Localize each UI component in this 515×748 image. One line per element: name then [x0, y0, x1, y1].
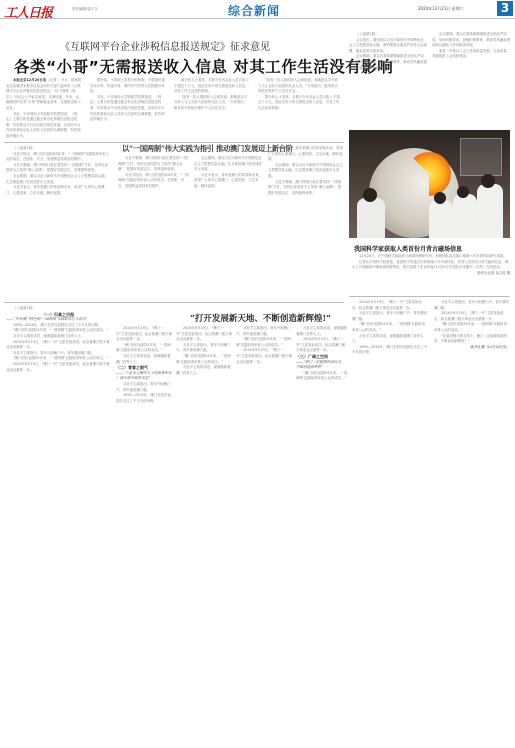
quote-column-4: 习近平主席指出，青年兴则澳门兴，青年强则澳门强。 “澳门回归祖国25年来，‘一国… — [236, 326, 292, 746]
section-1-subtitle: ——“具有澳门特色的‘一国两制’实践取得巨大成功” — [6, 317, 110, 323]
lead-headline: 各类“小哥”无需报送收入信息 对其工作生活没有影响 — [14, 55, 393, 77]
scientist-head — [434, 192, 446, 204]
quote-column-6: 2024年9月19日，“澳门一号”卫星发射成功，标志着澳门航天事业迈出重要一步。… — [352, 300, 428, 746]
section-3-subtitle: ——“澳门一定能够再展风采，不断创造新辉煌” — [296, 360, 348, 371]
photo-credit: 新华社记者 金立旺 摄 — [352, 271, 510, 277]
section-2-subtitle: ——“立足本土胸怀天下的新青年在广阔天地中绽放光彩” — [116, 371, 172, 382]
right-column-2: 会议强调，要以自我革命精神推进全面从严治党，坚持问题导向，加强纪律教育，推动党风… — [432, 32, 510, 128]
photo-caption-body: 12月20日，在中国科学院地质与地球物理研究所，科研团队成员展示嫦娥六号月背样品… — [352, 254, 510, 276]
lead-column-3: 据分析人士看来，多数平台内从业人员月收入不超过十万元，因此各类小哥无需报送收入信… — [174, 78, 250, 140]
lead-column-4: “但有一类人群的收入会被知道，那就是以平台收入为主且收入较高的从业人员。”专家指… — [258, 78, 340, 140]
quote-column-1: （上接第1版） （一）归真之历程 ——“具有澳门特色的‘一国两制’实践取得巨大成… — [6, 306, 110, 746]
issue-date: 2024年12月21日 星期六 — [418, 6, 464, 12]
photo-caption-title: 我国科学家获取人类首份月背古磁场信息 — [354, 244, 462, 253]
dateline: 本报北京12月20日电 — [13, 78, 46, 82]
newspaper-logo: 工人日报 — [4, 2, 52, 21]
lunar-core-photo — [349, 130, 510, 238]
divider — [4, 302, 344, 303]
quote-column-5: 习近平主席的话语，深深激励着澳门各界人士。 2024年9月19日，“澳门一号”卫… — [296, 326, 348, 746]
divider — [4, 142, 344, 143]
scientist-figure — [477, 184, 503, 238]
scientist-figure — [357, 198, 385, 238]
macau-column-4: 习近平表示，青年是澳门的希望和未来，希望广大青年心系澳门、心系国家，立足本地、胸… — [268, 146, 344, 298]
quote-column-7: 习近平主席指出，青年兴则澳门兴，青年强则澳门强。 2024年9月19日，“澳门一… — [434, 300, 510, 746]
scientist-head — [363, 188, 377, 202]
lead-column-1: 本报北京12月20日电（记者 ）今日，国家税务总局就国家税务总局会同有关部门起草… — [6, 78, 82, 140]
editor-line: 责任编辑:周子文 — [72, 7, 98, 12]
divider — [349, 296, 510, 297]
quote-column-2: 2024年9月19日，“澳门一号”卫星发射成功，标志着澳门航天事业迈出重要一步。… — [116, 326, 172, 746]
masthead: 工人日报 责任编辑:周子文 综合新闻 2024年12月21日 星期六 3 — [0, 0, 515, 19]
scientist-figure — [429, 200, 453, 238]
quote-column-3: 2024年9月19日，“澳门一号”卫星发射成功，标志着澳门航天事业迈出重要一步。… — [176, 326, 232, 746]
right-column-1: （上接第1版） 会议指出，要坚持以习近平新时代中国特色社会主义思想武装头脑，深刻… — [349, 32, 427, 128]
macau-column-2: 习近平强调，澳门特别行政区要坚持“一国两制”方针，坚持以爱国者为主体的“澳人治澳… — [118, 156, 190, 298]
lead-column-2: 据介绍，不同收入类型分别管理，不增加快递外卖小哥、快递小哥、网约车司机等人员的额… — [90, 78, 166, 140]
end-credit: （新华社澳门12月20日电） — [434, 345, 510, 351]
quote-headline: “打开发展新天地、不断创造新辉煌!” — [190, 312, 331, 324]
section-title: 综合新闻 — [228, 2, 280, 19]
lead-kicker: 《互联网平台企业涉税信息报送规定》征求意见 — [60, 38, 270, 53]
macau-column-1: （上接第1版） 习近平指出，澳门回归祖国25年来，“一国两制”实践取得举世公认的… — [6, 146, 110, 298]
scientist-figure — [453, 194, 477, 238]
scientist-head — [457, 186, 469, 198]
legend-panel — [460, 138, 502, 176]
scientist-head — [481, 174, 495, 188]
macau-column-3: 全会强调，要以习近平新时代中国特色社会主义思想武装头脑，扎实推进澳门经济适度多元… — [194, 156, 264, 298]
page-number: 3 — [494, 1, 513, 16]
